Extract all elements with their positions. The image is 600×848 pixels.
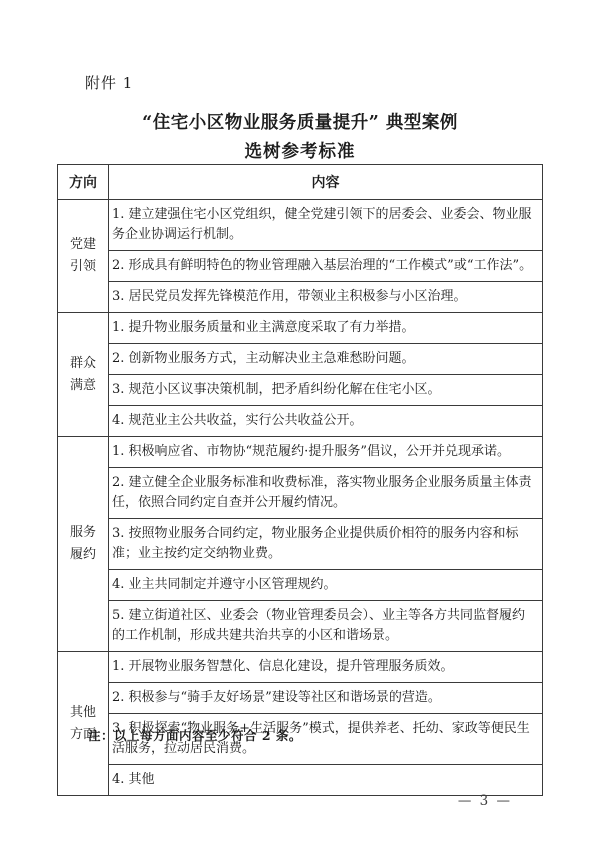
document-page: 附件 1 “住宅小区物业服务质量提升” 典型案例 选树参考标准 方向 内容 党建… <box>0 0 600 848</box>
criteria-item: 1. 提升物业服务质量和业主满意度采取了有力举措。 <box>109 313 543 344</box>
criteria-item: 1. 开展物业服务智慧化、信息化建设，提升管理服务质效。 <box>109 652 543 683</box>
criteria-table: 方向 内容 党建引领 1. 建立建强住宅小区党组织，健全党建引领下的居委会、业委… <box>57 164 543 796</box>
table-row: 其他方面 1. 开展物业服务智慧化、信息化建设，提升管理服务质效。 <box>58 652 543 683</box>
table-row: 5. 建立街道社区、业委会（物业管理委员会）、业主等各方共同监督履约的工作机制，… <box>58 601 543 652</box>
group-label-service-performance: 服务履约 <box>58 437 109 652</box>
page-number: — 3 — <box>458 793 512 809</box>
table-row: 2. 建立健全企业服务标准和收费标准，落实物业服务企业服务质量主体责任，依照合同… <box>58 468 543 519</box>
criteria-item: 2. 创新物业服务方式，主动解决业主急难愁盼问题。 <box>109 344 543 375</box>
criteria-item: 3. 居民党员发挥先锋模范作用，带领业主积极参与小区治理。 <box>109 282 543 313</box>
group-label-text: 党建引领 <box>70 234 96 278</box>
group-label-public-satisfaction: 群众满意 <box>58 313 109 437</box>
table-row: 2. 积极参与“骑手友好场景”建设等社区和谐场景的营造。 <box>58 683 543 714</box>
criteria-item: 4. 业主共同制定并遵守小区管理规约。 <box>109 570 543 601</box>
document-title: “住宅小区物业服务质量提升” 典型案例 <box>0 109 600 134</box>
attachment-label: 附件 1 <box>85 72 133 93</box>
criteria-item: 2. 形成具有鲜明特色的物业管理融入基层治理的“工作模式”或“工作法”。 <box>109 251 543 282</box>
criteria-item: 4. 规范业主公共收益，实行公共收益公开。 <box>109 406 543 437</box>
criteria-item: 2. 建立健全企业服务标准和收费标准，落实物业服务企业服务质量主体责任，依照合同… <box>109 468 543 519</box>
group-label-text: 服务履约 <box>70 522 96 566</box>
criteria-item: 4. 其他 <box>109 765 543 796</box>
table-row: 4. 规范业主公共收益，实行公共收益公开。 <box>58 406 543 437</box>
table-row: 党建引领 1. 建立建强住宅小区党组织，健全党建引领下的居委会、业委会、物业服务… <box>58 200 543 251</box>
table-header-row: 方向 内容 <box>58 165 543 200</box>
group-label-party-building: 党建引领 <box>58 200 109 313</box>
criteria-item: 3. 规范小区议事决策机制，把矛盾纠纷化解在住宅小区。 <box>109 375 543 406</box>
table-row: 2. 形成具有鲜明特色的物业管理融入基层治理的“工作模式”或“工作法”。 <box>58 251 543 282</box>
criteria-item: 1. 建立建强住宅小区党组织，健全党建引领下的居委会、业委会、物业服务企业协调运… <box>109 200 543 251</box>
group-label-text: 群众满意 <box>70 353 96 397</box>
table-row: 3. 按照物业服务合同约定，物业服务企业提供质价相符的服务内容和标准；业主按约定… <box>58 519 543 570</box>
criteria-item: 2. 积极参与“骑手友好场景”建设等社区和谐场景的营造。 <box>109 683 543 714</box>
table-row: 群众满意 1. 提升物业服务质量和业主满意度采取了有力举措。 <box>58 313 543 344</box>
table-row: 4. 其他 <box>58 765 543 796</box>
table-header-content: 内容 <box>109 165 543 200</box>
table-header-direction: 方向 <box>58 165 109 200</box>
footnote: 注：以上每方面内容至少符合 2 条。 <box>88 726 302 744</box>
criteria-item: 3. 按照物业服务合同约定，物业服务企业提供质价相符的服务内容和标准；业主按约定… <box>109 519 543 570</box>
group-label-other-aspects: 其他方面 <box>58 652 109 796</box>
table-row: 2. 创新物业服务方式，主动解决业主急难愁盼问题。 <box>58 344 543 375</box>
table-row: 4. 业主共同制定并遵守小区管理规约。 <box>58 570 543 601</box>
table-row: 3. 居民党员发挥先锋模范作用，带领业主积极参与小区治理。 <box>58 282 543 313</box>
document-subtitle: 选树参考标准 <box>0 138 600 163</box>
criteria-item: 5. 建立街道社区、业委会（物业管理委员会）、业主等各方共同监督履约的工作机制，… <box>109 601 543 652</box>
criteria-item: 1. 积极响应省、市物协“规范履约·提升服务”倡议，公开并兑现承诺。 <box>109 437 543 468</box>
table-row: 服务履约 1. 积极响应省、市物协“规范履约·提升服务”倡议，公开并兑现承诺。 <box>58 437 543 468</box>
table-row: 3. 规范小区议事决策机制，把矛盾纠纷化解在住宅小区。 <box>58 375 543 406</box>
